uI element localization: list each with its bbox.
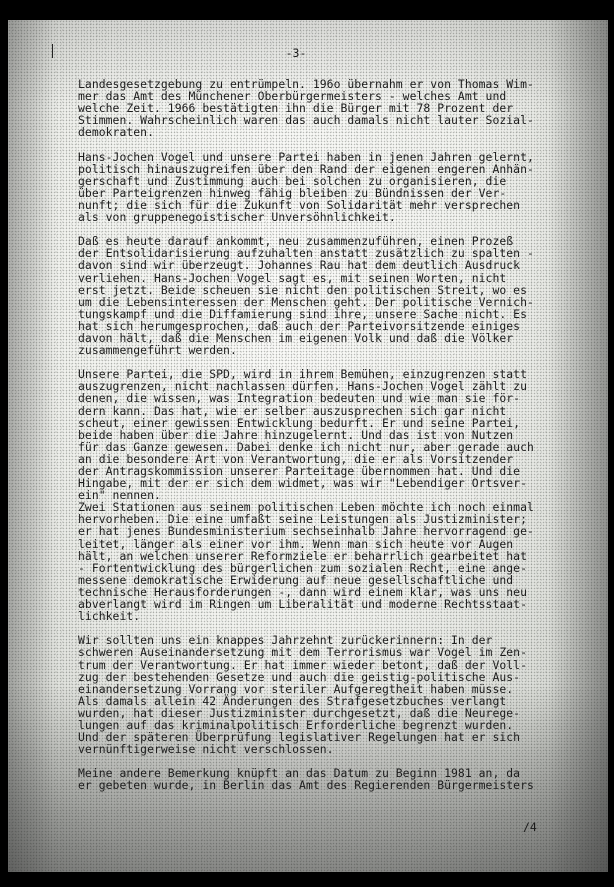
text-line: als von gruppenegoistischer Unversöhnlic… (78, 211, 598, 223)
text-line: er hat jenes Bundesministerium sechseinh… (78, 525, 598, 537)
body-text: Landesgesetzgebung zu entrümpeln. 196o ü… (78, 78, 598, 792)
text-line: verliehen. Hans-Jochen Vogel sagt es, mi… (78, 272, 598, 284)
page-number: -3- (8, 46, 584, 60)
text-line: schweren Auseinandersetzung mit dem Terr… (78, 646, 598, 658)
continuation-marker: /4 (523, 820, 537, 834)
paragraph-4: Unsere Partei, die SPD, wird in ihrem Be… (78, 368, 598, 622)
text-line: hält, an welchen unserer Reformziele er … (78, 550, 598, 562)
text-line: scheut, einer gewissen Entwicklung bedur… (78, 417, 598, 429)
text-line: politisch hinauszugreifen über den Rand … (78, 163, 598, 175)
paragraph-2: Hans-Jochen Vogel und unsere Partei habe… (78, 151, 598, 224)
paragraph-5: Wir sollten uns ein knappes Jahrzehnt zu… (78, 634, 598, 755)
text-line: einandersetzung Vorrang vor steriler Auf… (78, 683, 598, 695)
text-line: demokraten. (78, 126, 598, 138)
paragraph-6: Meine andere Bemerkung knüpft an das Dat… (78, 767, 598, 791)
text-line: zug der bestehenden Gesetze und auch die… (78, 671, 598, 683)
paragraph-3: Daß es heute darauf ankommt, neu zusamme… (78, 235, 598, 356)
text-line: denen, die wissen, was Integration bedeu… (78, 392, 598, 404)
text-line: trum der Verantwortung. Er hat immer wie… (78, 659, 598, 671)
text-line: beide haben über die Jahre hinzugelernt.… (78, 429, 598, 441)
text-line: dern kann. Das hat, wie er selber auszus… (78, 405, 598, 417)
text-line: lichkeit. (78, 610, 598, 622)
text-line: Hans-Jochen Vogel und unsere Partei habe… (78, 151, 598, 163)
text-line: davon sind wir überzeugt. Johannes Rau h… (78, 259, 598, 271)
text-line: leitet, länger als einer vor ihm. Wenn m… (78, 538, 598, 550)
paragraph-gap (78, 138, 598, 150)
text-line: erst jetzt. Beide scheuen sie nicht den … (78, 284, 598, 296)
text-line: er gebeten wurde, in Berlin das Amt des … (78, 779, 598, 791)
text-line: Stimmen. Wahrscheinlich waren das auch d… (78, 114, 598, 126)
paragraph-1: Landesgesetzgebung zu entrümpeln. 196o ü… (78, 78, 598, 138)
text-line: vernünftigerweise nicht verschlossen. (78, 743, 598, 755)
text-line: um die Lebensinteressen der Menschen geh… (78, 296, 598, 308)
text-line: zusammengeführt werden. (78, 344, 598, 356)
text-line: abverlangt wird im Ringen um Liberalität… (78, 598, 598, 610)
scanned-page: -3- Landesgesetzgebung zu entrümpeln. 19… (8, 20, 608, 872)
